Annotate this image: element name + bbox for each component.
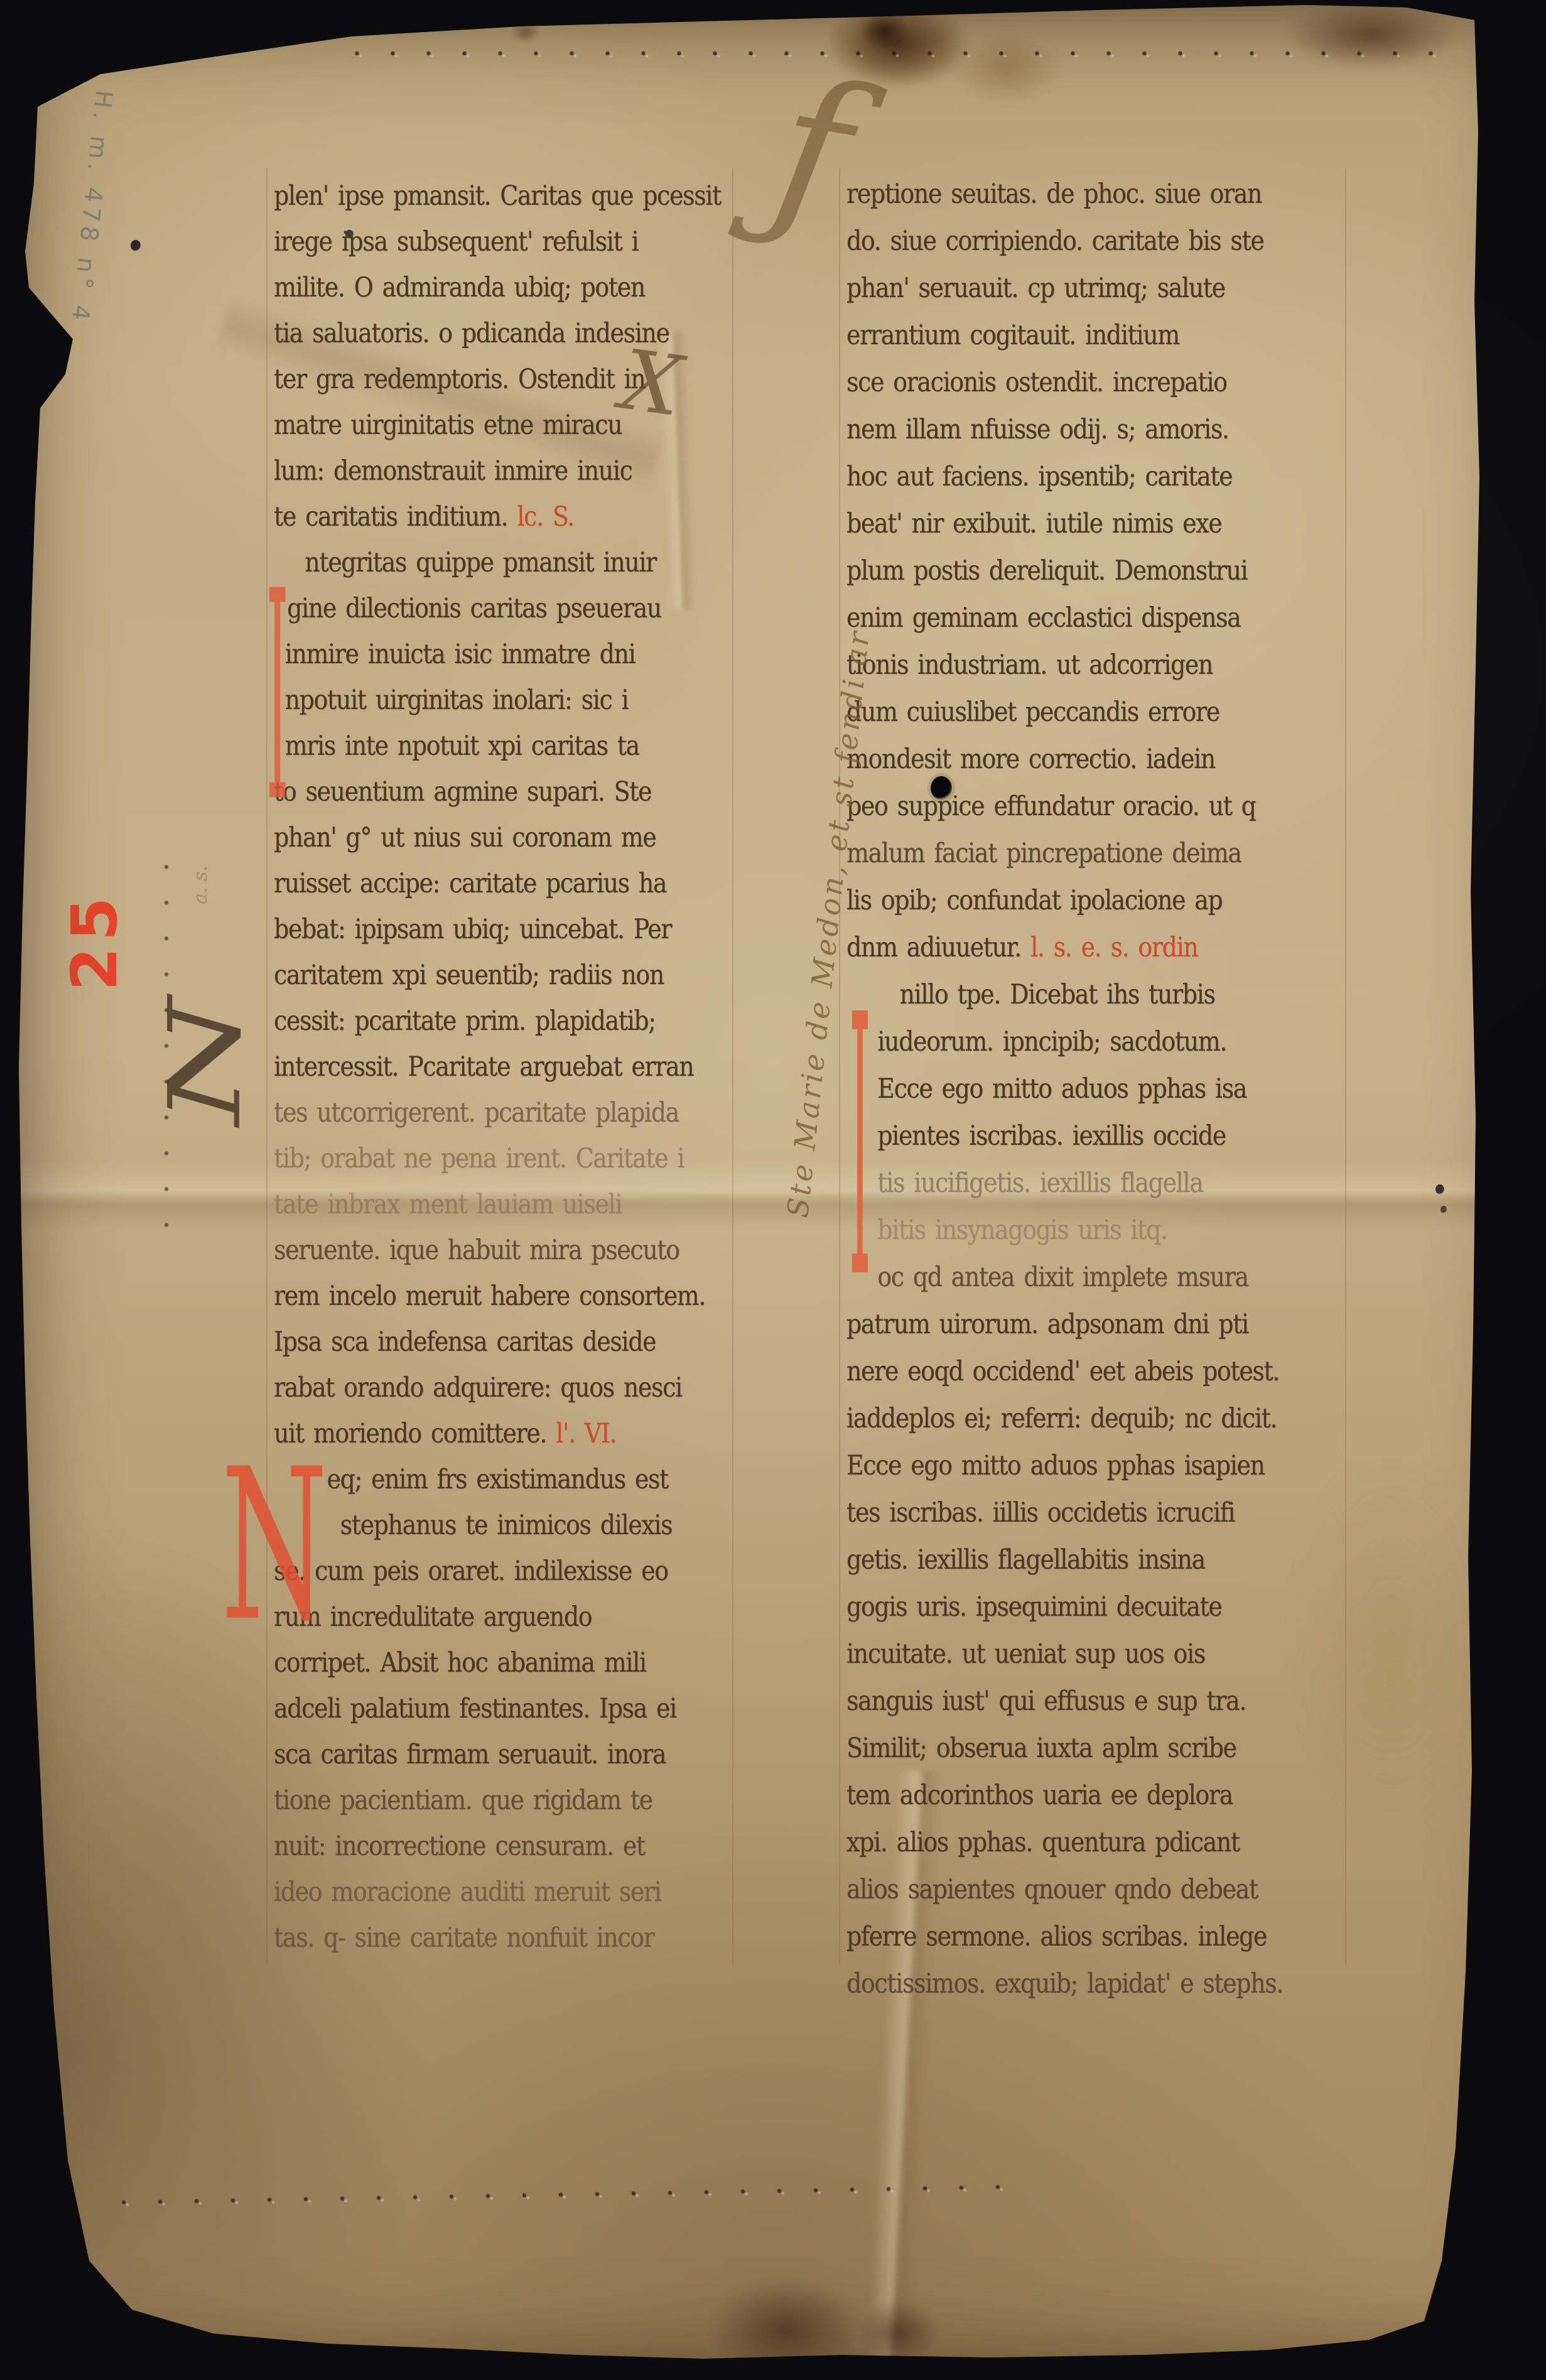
line-text: irege ipsa subsequent' refulsit i bbox=[274, 226, 638, 257]
pen-trial-letter: N bbox=[148, 998, 263, 1125]
text-line: lum: demonstrauit inmire inuic bbox=[274, 448, 721, 494]
text-line: tem adcorinthos uaria ee deplora bbox=[846, 1772, 1283, 1819]
text-line: inmire inuicta isic inmatre dni bbox=[274, 632, 721, 678]
line-text: Ipsa sca indefensa caritas deside bbox=[274, 1326, 656, 1358]
parchment-leaf: plen' ipse pmansit. Caritas que pcessiti… bbox=[0, 0, 1546, 2380]
text-line: nillo tpe. Dicebat ihs turbis bbox=[846, 971, 1283, 1019]
text-line: beat' nir exibuit. iutile nimis exe bbox=[846, 500, 1283, 548]
line-text: dum cuiuslibet peccandis errore bbox=[846, 696, 1219, 728]
rubric-text: lc. S. bbox=[507, 501, 574, 533]
line-text: Ecce ego mitto aduos pphas isa bbox=[877, 1073, 1246, 1105]
text-line: xpi. alios pphas. quentura pdicant bbox=[846, 1819, 1283, 1866]
line-text: peo suppice effundatur oracio. ut q bbox=[846, 791, 1256, 822]
line-text: tione pacientiam. que rigidam te bbox=[274, 1785, 652, 1816]
line-text: npotuit uirginitas inolari: sic i bbox=[285, 684, 629, 716]
line-text: to seuentium agmine supari. Ste bbox=[274, 776, 651, 808]
ruling-line bbox=[266, 168, 268, 1964]
text-line: cessit: pcaritate prim. plapidatib; bbox=[274, 998, 721, 1044]
line-text: Ecce ego mitto aduos pphas isapien bbox=[846, 1450, 1265, 1481]
line-text: tionis industriam. ut adcorrigen bbox=[846, 649, 1213, 681]
text-line: rem incelo meruit habere consortem. bbox=[274, 1274, 721, 1319]
line-text: getis. iexillis flagellabitis insina bbox=[846, 1544, 1205, 1576]
line-text: tib; orabat ne pena irent. Caritate i bbox=[274, 1143, 684, 1174]
line-text: do. siue corripiendo. caritate bis ste bbox=[846, 225, 1263, 257]
text-line: tib; orabat ne pena irent. Caritate i bbox=[274, 1136, 721, 1182]
horizontal-fold-crease bbox=[0, 1159, 1546, 1230]
line-text: errantium cogitauit. inditium bbox=[846, 320, 1179, 351]
rubricated-initial-I: I bbox=[849, 968, 871, 1328]
line-text: xpi. alios pphas. quentura pdicant bbox=[846, 1827, 1240, 1858]
text-line: Ecce ego mitto aduos pphas isa bbox=[846, 1066, 1283, 1113]
line-text: nillo tpe. Dicebat ihs turbis bbox=[899, 979, 1214, 1010]
line-text: incuitate. ut ueniat sup uos ois bbox=[846, 1638, 1205, 1670]
line-text: iaddeplos ei; referri: dequib; nc dicit. bbox=[846, 1403, 1277, 1434]
text-line: tione pacientiam. que rigidam te bbox=[274, 1778, 721, 1824]
line-text: gine dilectionis caritas pseuerau bbox=[287, 593, 661, 624]
text-line: tis iucifigetis. iexillis flagella bbox=[846, 1160, 1283, 1207]
line-text: lis opib; confundat ipolacione ap bbox=[846, 885, 1222, 916]
line-text: alios sapientes qnouer qndo debeat bbox=[846, 1874, 1258, 1905]
text-line: tes utcorrigerent. pcaritate plapida bbox=[274, 1090, 721, 1136]
text-line: plum postis dereliquit. Demonstrui bbox=[846, 548, 1283, 595]
text-line: stephanus te inimicos dilexis bbox=[274, 1503, 721, 1549]
line-text: enim geminam ecclastici dispensa bbox=[846, 602, 1240, 634]
line-text: eq; enim frs existimandus est bbox=[327, 1464, 668, 1495]
text-line: tionis industriam. ut adcorrigen bbox=[846, 642, 1283, 689]
wormhole bbox=[1435, 1184, 1444, 1194]
stain bbox=[859, 2301, 941, 2364]
line-text: mondesit more correctio. iadein bbox=[846, 744, 1215, 775]
text-line: tate inbrax ment lauiam uiseli bbox=[274, 1182, 721, 1228]
text-line: nere eoqd occidend' eet abeis potest. bbox=[846, 1348, 1283, 1395]
text-line: intercessit. Pcaritate arguebat erran bbox=[274, 1044, 721, 1090]
ruling-line bbox=[1345, 168, 1346, 1964]
text-line: sce oracionis ostendit. increpatio bbox=[846, 359, 1283, 406]
text-line: corripet. Absit hoc abanima mili bbox=[274, 1640, 721, 1686]
line-text: tia saluatoris. o pdicanda indesine bbox=[274, 318, 669, 349]
text-line: patrum uirorum. adpsonam dni pti bbox=[846, 1301, 1283, 1348]
line-text: gogis uris. ipsequimini decuitate bbox=[846, 1591, 1221, 1623]
text-line: pientes iscribas. iexillis occide bbox=[846, 1113, 1283, 1160]
text-line: sca caritas firmam seruauit. inora bbox=[274, 1732, 721, 1778]
line-text: rem incelo meruit habere consortem. bbox=[274, 1280, 705, 1312]
line-text: adceli palatium festinantes. Ipsa ei bbox=[274, 1693, 676, 1724]
text-line: hoc aut faciens. ipsentib; caritate bbox=[846, 453, 1283, 500]
photo-background: plen' ipse pmansit. Caritas que pcessiti… bbox=[0, 0, 1546, 2380]
line-text: pientes iscribas. iexillis occide bbox=[877, 1120, 1226, 1152]
line-text: tis iucifigetis. iexillis flagella bbox=[877, 1167, 1203, 1199]
text-column-right: reptione seuitas. de phoc. siue orando. … bbox=[846, 171, 1283, 2008]
line-text: seruente. ique habuit mira psecuto bbox=[274, 1235, 679, 1266]
text-line: enim geminam ecclastici dispensa bbox=[846, 595, 1283, 642]
stain bbox=[1287, 1444, 1495, 1834]
line-text: ideo moracione auditi meruit seri bbox=[274, 1876, 661, 1908]
line-text: milite. O admiranda ubiq; poten bbox=[274, 272, 645, 303]
line-text: matre uirginitatis etne miracu bbox=[274, 409, 622, 441]
rubric-text: l'. VI. bbox=[546, 1418, 616, 1449]
text-line: peo suppice effundatur oracio. ut q bbox=[846, 783, 1283, 830]
text-line: iudeorum. ipncipib; sacdotum. bbox=[846, 1019, 1283, 1066]
text-line: bebat: ipipsam ubiq; uincebat. Per bbox=[274, 907, 721, 953]
text-line: plen' ipse pmansit. Caritas que pcessit bbox=[274, 173, 721, 219]
text-line: gine dilectionis caritas pseuerau bbox=[274, 586, 721, 632]
line-text: Similit; obserua iuxta aplm scribe bbox=[846, 1733, 1236, 1764]
line-text: dnm adiuuetur. bbox=[846, 932, 1021, 963]
text-line: uit moriendo comittere. l'. VI. bbox=[274, 1411, 721, 1457]
line-text: hoc aut faciens. ipsentib; caritate bbox=[846, 461, 1232, 492]
stain bbox=[708, 2280, 865, 2380]
pencil-shelfmark: H. m. 478 n° 4 bbox=[66, 89, 118, 326]
wormhole bbox=[1441, 1206, 1447, 1213]
text-line: lis opib; confundat ipolacione ap bbox=[846, 877, 1283, 924]
text-line: dnm adiuuetur. l. s. e. s. ordin bbox=[846, 924, 1283, 971]
text-line: to seuentium agmine supari. Ste bbox=[274, 769, 721, 815]
line-text: phan' g° ut nius sui coronam me bbox=[274, 822, 656, 853]
text-line: caritatem xpi seuentib; radiis non bbox=[274, 953, 721, 998]
line-text: tem adcorinthos uaria ee deplora bbox=[846, 1780, 1233, 1811]
text-line: reptione seuitas. de phoc. siue oran bbox=[846, 171, 1283, 218]
text-line: dum cuiuslibet peccandis errore bbox=[846, 689, 1283, 736]
line-text: sce oracionis ostendit. increpatio bbox=[846, 367, 1227, 398]
text-line: te caritatis inditium. lc. S. bbox=[274, 494, 721, 540]
line-text: nem illam nfuisse odij. s; amoris. bbox=[846, 414, 1229, 445]
line-text: sanguis iust' qui effusus e sup tra. bbox=[846, 1685, 1246, 1717]
text-line: Ipsa sca indefensa caritas deside bbox=[274, 1319, 721, 1365]
line-text: pferre sermone. alios scribas. inlege bbox=[846, 1921, 1267, 1952]
rubricated-initial-I: I bbox=[266, 555, 288, 843]
line-text: cessit: pcaritate prim. plapidatib; bbox=[274, 1005, 656, 1037]
line-text: se. cum peis oraret. indilexisse eo bbox=[274, 1555, 668, 1587]
text-line: mondesit more correctio. iadein bbox=[846, 736, 1283, 783]
text-line: malum faciat pincrepatione deima bbox=[846, 830, 1283, 877]
line-text: tate inbrax ment lauiam uiseli bbox=[274, 1189, 622, 1220]
text-line: bitis insynagogis uris itq. bbox=[846, 1207, 1283, 1254]
text-column-left: plen' ipse pmansit. Caritas que pcessiti… bbox=[274, 173, 721, 1961]
line-text: rabat orando adquirere: quos nesci bbox=[274, 1372, 682, 1404]
text-line: Ecce ego mitto aduos pphas isapien bbox=[846, 1442, 1283, 1490]
line-text: plen' ipse pmansit. Caritas que pcessit bbox=[274, 180, 721, 212]
line-text: inmire inuicta isic inmatre dni bbox=[285, 639, 635, 670]
text-line: ruisset accipe: caritate pcarius ha bbox=[274, 861, 721, 907]
text-line: seruente. ique habuit mira psecuto bbox=[274, 1228, 721, 1274]
text-line: rum incredulitate arguendo bbox=[274, 1594, 721, 1640]
line-text: corripet. Absit hoc abanima mili bbox=[274, 1647, 646, 1679]
text-line: nem illam nfuisse odij. s; amoris. bbox=[846, 406, 1283, 453]
line-text: nuit: incorrectione censuram. et bbox=[274, 1831, 645, 1862]
text-line: gogis uris. ipsequimini decuitate bbox=[846, 1584, 1283, 1631]
text-line: adceli palatium festinantes. Ipsa ei bbox=[274, 1686, 721, 1732]
line-text: mris inte npotuit xpi caritas ta bbox=[285, 730, 639, 762]
faint-marginal-note: a. s. bbox=[190, 865, 212, 904]
text-line: getis. iexillis flagellabitis insina bbox=[846, 1537, 1283, 1584]
line-text: tes iscribas. iillis occidetis icrucifi bbox=[846, 1497, 1235, 1528]
text-line: sanguis iust' qui effusus e sup tra. bbox=[846, 1678, 1283, 1725]
line-text: ruisset accipe: caritate pcarius ha bbox=[274, 868, 666, 899]
text-line: do. siue corripiendo. caritate bis ste bbox=[846, 218, 1283, 265]
line-text: intercessit. Pcaritate arguebat erran bbox=[274, 1051, 693, 1083]
line-text: beat' nir exibuit. iutile nimis exe bbox=[846, 508, 1221, 539]
text-line: oc qd antea dixit implete msura bbox=[846, 1254, 1283, 1301]
ruling-line bbox=[732, 168, 733, 1964]
text-line: eq; enim frs existimandus est bbox=[274, 1457, 721, 1503]
text-line: se. cum peis oraret. indilexisse eo bbox=[274, 1549, 721, 1594]
text-line: npotuit uirginitas inolari: sic i bbox=[274, 678, 721, 723]
stain bbox=[1284, 0, 1459, 69]
stitch-holes-bottom bbox=[105, 2182, 1010, 2207]
text-line: ntegritas quippe pmansit inuir bbox=[274, 540, 721, 586]
line-text: caritatem xpi seuentib; radiis non bbox=[274, 960, 664, 991]
stain bbox=[511, 21, 540, 43]
rubric-text: l. s. e. s. ordin bbox=[1021, 932, 1197, 963]
text-line: errantium cogitauit. inditium bbox=[846, 312, 1283, 359]
text-line: alios sapientes qnouer qndo debeat bbox=[846, 1866, 1283, 1913]
text-line: mris inte npotuit xpi caritas ta bbox=[274, 723, 721, 769]
text-line: incuitate. ut ueniat sup uos ois bbox=[846, 1631, 1283, 1678]
edge-vignette bbox=[0, 0, 1546, 2380]
line-text: oc qd antea dixit implete msura bbox=[877, 1262, 1248, 1293]
text-line: pferre sermone. alios scribas. inlege bbox=[846, 1913, 1283, 1961]
rubricated-initial-N: N bbox=[221, 1442, 328, 1651]
text-line: tas. q- sine caritate nonfuit incor bbox=[274, 1915, 721, 1961]
text-line: phan' g° ut nius sui coronam me bbox=[274, 815, 721, 861]
line-text: malum faciat pincrepatione deima bbox=[846, 838, 1241, 869]
line-text: sca caritas firmam seruauit. inora bbox=[274, 1739, 666, 1770]
line-text: iudeorum. ipncipib; sacdotum. bbox=[877, 1026, 1226, 1057]
text-line: irege ipsa subsequent' refulsit i bbox=[274, 219, 721, 265]
text-line: rabat orando adquirere: quos nesci bbox=[274, 1365, 721, 1411]
text-line: iaddeplos ei; referri: dequib; nc dicit. bbox=[846, 1395, 1283, 1442]
folio-number-red: 25 bbox=[58, 891, 131, 991]
line-text: phan' seruauit. cp utrimq; salute bbox=[846, 273, 1225, 304]
line-text: ter gra redemptoris. Ostendit in bbox=[274, 364, 645, 395]
line-text: patrum uirorum. adpsonam dni pti bbox=[846, 1309, 1248, 1340]
line-text: nere eoqd occidend' eet abeis potest. bbox=[846, 1356, 1279, 1387]
line-text: tes utcorrigerent. pcaritate plapida bbox=[274, 1097, 679, 1128]
line-text: te caritatis inditium. bbox=[274, 501, 507, 533]
stitch-holes-top bbox=[339, 49, 1451, 58]
stain bbox=[859, 11, 909, 50]
text-line: phan' seruauit. cp utrimq; salute bbox=[846, 265, 1283, 312]
line-text: plum postis dereliquit. Demonstrui bbox=[846, 555, 1247, 587]
line-text: stephanus te inimicos dilexis bbox=[340, 1510, 673, 1541]
line-text: doctissimos. exquib; lapidat' e stephs. bbox=[846, 1968, 1283, 1999]
line-text: bebat: ipipsam ubiq; uincebat. Per bbox=[274, 914, 671, 945]
ruling-line bbox=[839, 168, 840, 1964]
line-text: reptione seuitas. de phoc. siue oran bbox=[846, 178, 1262, 210]
text-line: milite. O admiranda ubiq; poten bbox=[274, 265, 721, 311]
line-text: ntegritas quippe pmansit inuir bbox=[305, 547, 656, 578]
wormhole bbox=[131, 240, 141, 251]
text-line: Similit; obserua iuxta aplm scribe bbox=[846, 1725, 1283, 1772]
line-text: lum: demonstrauit inmire inuic bbox=[274, 455, 632, 487]
stain bbox=[954, 33, 1061, 103]
text-line: nuit: incorrectione censuram. et bbox=[274, 1824, 721, 1869]
line-text: tas. q- sine caritate nonfuit incor bbox=[274, 1922, 654, 1954]
text-line: ideo moracione auditi meruit seri bbox=[274, 1869, 721, 1915]
text-line: tes iscribas. iillis occidetis icrucifi bbox=[846, 1490, 1283, 1537]
line-text: bitis insynagogis uris itq. bbox=[877, 1214, 1167, 1246]
text-line: doctissimos. exquib; lapidat' e stephs. bbox=[846, 1961, 1283, 2008]
